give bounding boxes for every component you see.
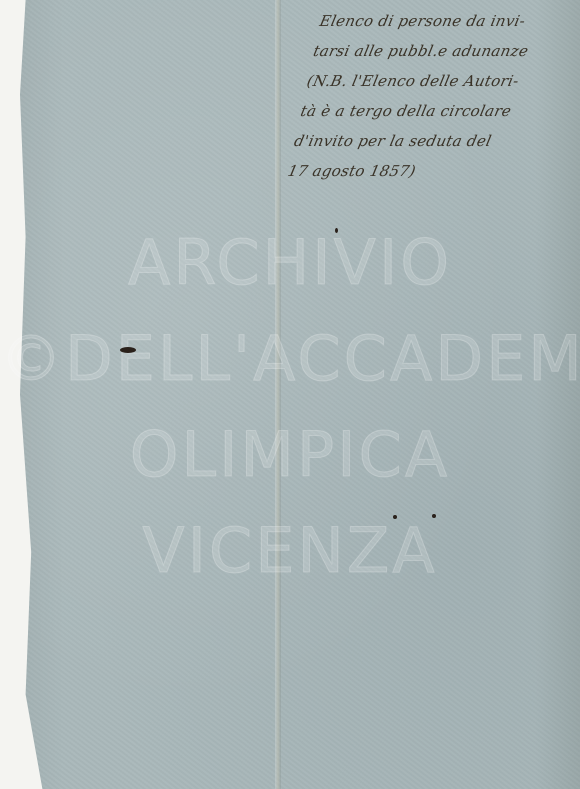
ink-blot <box>120 347 136 353</box>
watermark-line-1: ARCHIVIO <box>0 215 580 311</box>
ink-dot <box>393 515 397 519</box>
copyright-symbol: © <box>0 322 65 395</box>
ink-dot <box>432 514 436 518</box>
archive-watermark: ARCHIVIO ©DELL'ACCADEMIA OLIMPICA VICENZ… <box>0 215 580 599</box>
note-line-5: d'invito per la seduta del <box>291 126 567 156</box>
watermark-line-2: ©DELL'ACCADEMIA <box>0 311 580 407</box>
note-line-6: 17 agosto 1857) <box>285 156 561 186</box>
watermark-line-3: OLIMPICA <box>0 407 580 503</box>
watermark-line-4: VICENZA <box>0 503 580 599</box>
handwritten-note: Elenco di persone da invi- tarsi alle pu… <box>285 6 580 186</box>
ink-dot <box>335 228 338 233</box>
note-line-3: (N.B. l'Elenco delle Autori- <box>304 66 580 96</box>
note-line-4: tà è a tergo della circolare <box>298 96 574 126</box>
note-line-2: tarsi alle pubbl.e adunanze <box>310 36 580 66</box>
note-line-1: Elenco di persone da invi- <box>317 6 580 36</box>
